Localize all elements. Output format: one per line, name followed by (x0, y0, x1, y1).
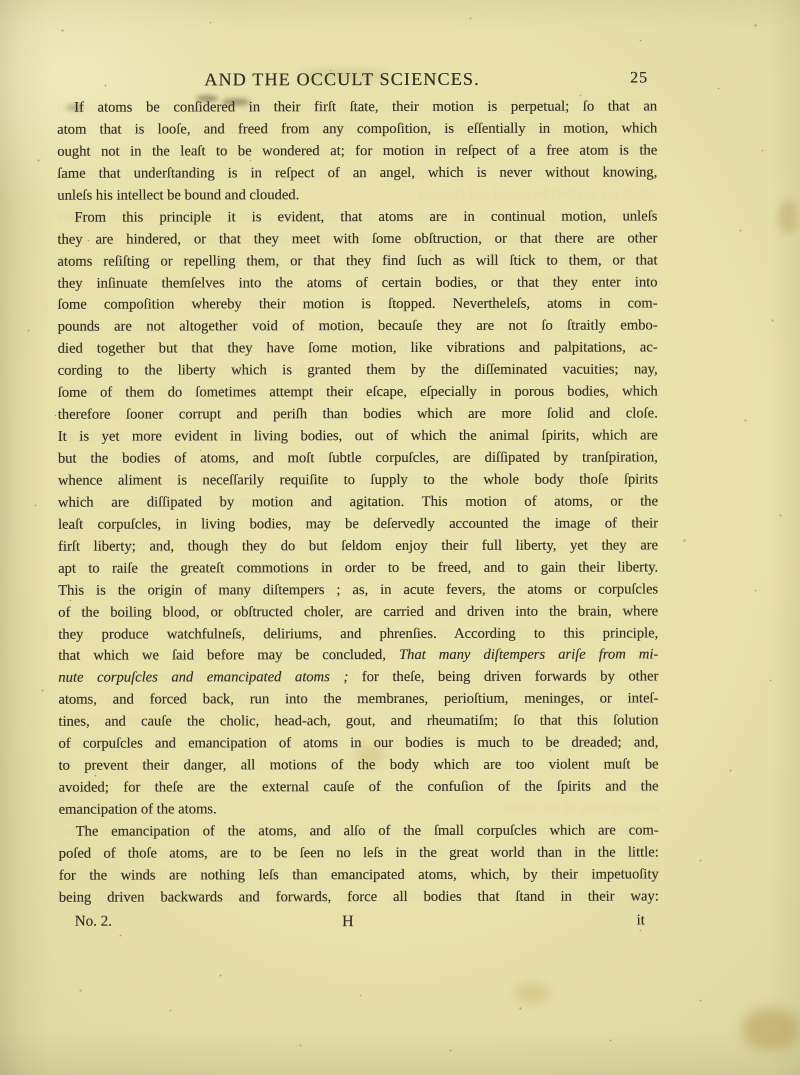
body-text: If atoms be conſidered in their firſt ſt… (57, 96, 659, 909)
text-line: nute corpuſcles and emancipated atoms ; … (58, 667, 658, 690)
text-line: pounds are not altogether void of motion… (58, 316, 658, 339)
text-line: firſt liberty; and, though they do but ſ… (58, 535, 658, 558)
text-line: whence aliment is neceſſarily requiſite … (58, 469, 658, 492)
text-line: but the bodies of atoms, and moſt ſubtle… (58, 447, 658, 470)
text-segment: of the boiling blood, or obſtructed chol… (58, 603, 658, 620)
text-segment: which are diſſipated by motion and agita… (58, 493, 658, 510)
catchword: it (636, 912, 644, 929)
italic-text-segment: That many diſtempers ariſe from mi- (399, 647, 658, 664)
text-line: unleſs his intellect be bound and cloude… (57, 184, 657, 207)
text-segment: ſame that underſtanding is in reſpect of… (57, 164, 657, 181)
text-segment: emancipation of the atoms. (59, 801, 217, 817)
text-segment: This is the origin of many diſtempers ; … (58, 581, 658, 598)
text-segment: poſed of thoſe atoms, are to be ſeen no … (59, 844, 659, 861)
text-segment: that which we ſaid before may be conclud… (58, 647, 399, 664)
text-line: cording to the liberty which is granted … (58, 360, 658, 383)
text-segment: of corpuſcles and emancipation of atoms … (58, 735, 658, 752)
text-segment: firſt liberty; and, though they do but ſ… (58, 537, 658, 554)
text-line: tines, and cauſe the cholic, head-ach, g… (58, 711, 658, 734)
text-segment: The emancipation of the atoms, and alſo … (76, 822, 659, 839)
text-segment: atoms reſiſting or repelling them, or th… (57, 252, 657, 269)
text-segment: avoided; for theſe are the external cauſ… (59, 779, 659, 796)
text-segment: therefore ſooner corrupt and periſh than… (58, 406, 658, 423)
text-line: It is yet more evident in living bodies,… (58, 426, 658, 449)
text-line: apt to raiſe the greateſt commotions in … (58, 557, 658, 580)
text-segment: atoms, and forced back, run into the mem… (58, 691, 658, 708)
text-line: poſed of thoſe atoms, are to be ſeen no … (59, 842, 659, 865)
text-segment: but the bodies of atoms, and moſt ſubtle… (58, 449, 658, 466)
text-segment: they produce watchfulneſs, deliriums, an… (58, 625, 658, 642)
running-header-title: AND THE OCCULT SCIENCES. (204, 69, 480, 91)
text-line: ſome of them do ſometimes attempt their … (58, 382, 658, 405)
page-footer: No. 2. H it (58, 912, 658, 935)
text-line: ought not in the leaſt to be wondered at… (57, 140, 657, 163)
text-line: atoms reſiſting or repelling them, or th… (57, 250, 657, 273)
text-line: If atoms be conſidered in their firſt ſt… (57, 96, 657, 119)
text-line: which are diſſipated by motion and agita… (58, 491, 658, 514)
book-page-scan: If atoms be conſidered in their firſt ſt… (0, 0, 800, 1075)
text-line: for the winds are nothing leſs than eman… (59, 864, 659, 887)
text-line: atoms, and forced back, run into the mem… (58, 689, 658, 712)
text-segment: pounds are not altogether void of motion… (58, 318, 658, 335)
text-line: of corpuſcles and emancipation of atoms … (58, 733, 658, 756)
press-signature-mark: H (48, 912, 648, 931)
page-number: 25 (630, 69, 648, 87)
text-segment: they are hindered, or that they meet wit… (57, 230, 657, 247)
text-line: they inſinuate themſelves into the atoms… (57, 272, 657, 295)
text-line: ſame that underſtanding is in reſpect of… (57, 162, 657, 185)
text-line: therefore ſooner corrupt and periſh than… (58, 404, 658, 427)
text-segment: apt to raiſe the greateſt commotions in … (58, 559, 658, 576)
text-line: This is the origin of many diſtempers ; … (58, 579, 658, 602)
text-segment: for theſe, being driven forwards by othe… (348, 669, 658, 686)
text-line: emancipation of the atoms. (59, 798, 659, 821)
text-line: to prevent their danger, all motions of … (58, 755, 658, 778)
text-segment: ſome compoſition whereby their motion is… (57, 296, 657, 313)
text-line: avoided; for theſe are the external cauſ… (59, 777, 659, 800)
text-segment: for the winds are nothing leſs than eman… (59, 866, 659, 883)
text-segment: to prevent their danger, all motions of … (58, 757, 658, 774)
text-segment: leaſt corpuſcles, in living bodies, may … (58, 515, 658, 532)
text-segment: cording to the liberty which is granted … (58, 362, 658, 379)
text-segment: If atoms be conſidered in their firſt ſt… (74, 98, 657, 115)
text-line: being driven backwards and forwards, for… (59, 886, 659, 909)
text-segment: It is yet more evident in living bodies,… (58, 428, 658, 445)
page-content: If atoms be conſidered in their firſt ſt… (0, 0, 800, 1075)
text-segment: being driven backwards and forwards, for… (59, 888, 659, 905)
text-line: atom that is looſe, and freed from any c… (57, 118, 657, 141)
text-segment: ought not in the leaſt to be wondered at… (57, 142, 657, 159)
text-line: ſome compoſition whereby their motion is… (57, 294, 657, 317)
text-segment: they inſinuate themſelves into the atoms… (57, 274, 657, 291)
text-line: leaſt corpuſcles, in living bodies, may … (58, 513, 658, 536)
text-line: From this principle it is evident, that … (57, 206, 657, 229)
running-header: AND THE OCCULT SCIENCES. 25 (56, 68, 656, 91)
text-segment: atom that is looſe, and freed from any c… (57, 120, 657, 137)
text-line: of the boiling blood, or obſtructed chol… (58, 601, 658, 624)
text-line: that which we ſaid before may be conclud… (58, 645, 658, 668)
text-line: died together but that they have ſome mo… (58, 338, 658, 361)
italic-text-segment: nute corpuſcles and emancipated atoms ; (58, 669, 348, 686)
text-line: they are hindered, or that they meet wit… (57, 228, 657, 251)
text-line: they produce watchfulneſs, deliriums, an… (58, 623, 658, 646)
text-line: The emancipation of the atoms, and alſo … (59, 820, 659, 843)
text-segment: From this principle it is evident, that … (74, 208, 657, 225)
text-segment: died together but that they have ſome mo… (58, 340, 658, 357)
text-segment: whence aliment is neceſſarily requiſite … (58, 471, 658, 488)
text-segment: unleſs his intellect be bound and cloude… (57, 187, 299, 204)
text-segment: tines, and cauſe the cholic, head-ach, g… (58, 713, 658, 730)
text-segment: ſome of them do ſometimes attempt their … (58, 384, 658, 401)
